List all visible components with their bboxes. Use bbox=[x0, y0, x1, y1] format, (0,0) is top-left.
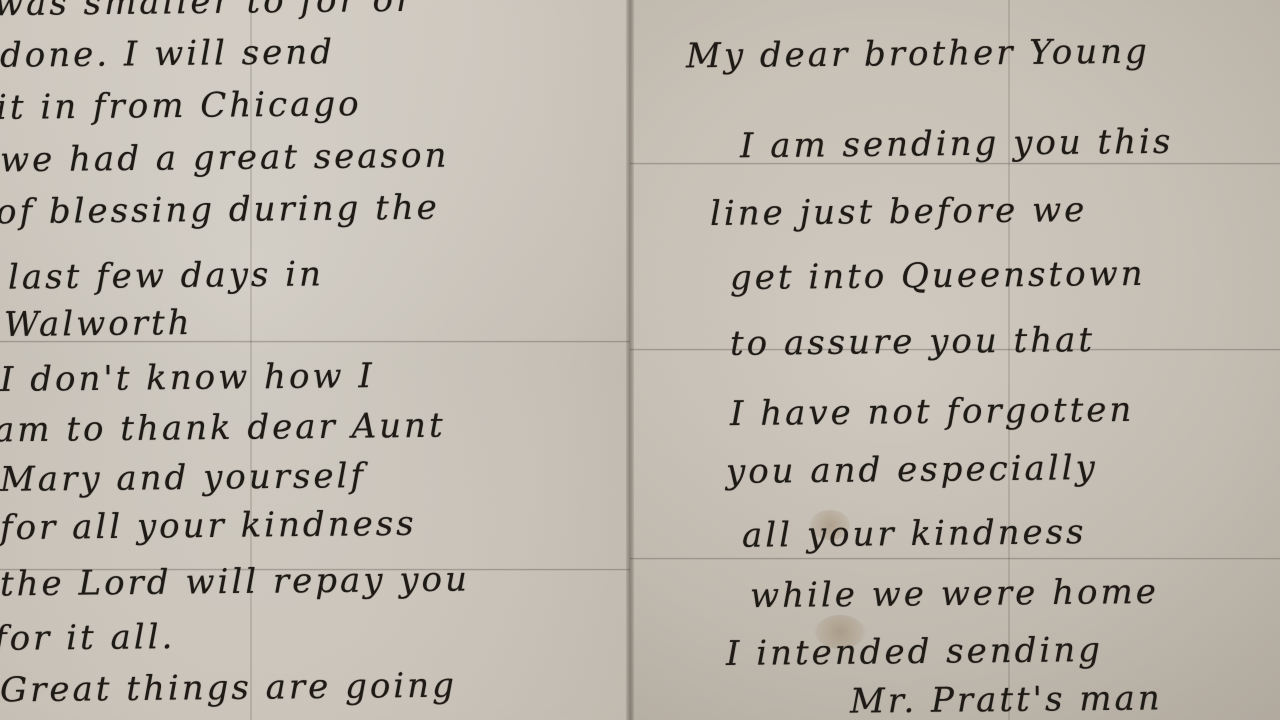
handwritten-line: was smaller to for or bbox=[0, 0, 415, 24]
handwritten-line: of blessing during the bbox=[0, 188, 440, 233]
handwritten-line: I am sending you this bbox=[740, 122, 1174, 167]
salutation: My dear brother Young bbox=[686, 32, 1150, 77]
handwritten-line: it in from Chicago bbox=[0, 84, 362, 128]
handwritten-line: I intended sending bbox=[726, 630, 1103, 674]
handwritten-line: line just before we bbox=[710, 190, 1088, 234]
page-fold-gutter bbox=[626, 0, 634, 720]
handwritten-line: for all your kindness bbox=[0, 504, 417, 548]
handwritten-line: Walworth bbox=[4, 303, 193, 345]
handwritten-line: we had a great season bbox=[0, 136, 450, 181]
handwritten-line: all your kindness bbox=[742, 512, 1087, 556]
handwritten-line: last few days in bbox=[8, 254, 324, 297]
handwritten-line: you and especially bbox=[726, 448, 1098, 492]
paper-fold-line bbox=[630, 557, 1280, 560]
handwritten-line: the Lord will repay you bbox=[0, 560, 470, 605]
letter-left-page: was smaller to for or done. I will send … bbox=[0, 0, 630, 720]
handwritten-line: while we were home bbox=[750, 572, 1159, 616]
handwritten-line: get into Queenstown bbox=[730, 254, 1146, 298]
handwritten-line: for it all. bbox=[0, 617, 176, 659]
letter-right-page: My dear brother Young I am sending you t… bbox=[630, 0, 1280, 720]
handwritten-line: Mr. Pratt's man bbox=[850, 678, 1163, 720]
handwritten-line: I have not forgotten bbox=[730, 390, 1135, 434]
handwritten-line: Great things are going bbox=[0, 666, 457, 711]
handwritten-line: done. I will send bbox=[0, 32, 335, 76]
handwritten-line: am to thank dear Aunt bbox=[0, 406, 446, 451]
handwritten-line: I don't know how I bbox=[0, 356, 375, 400]
handwritten-line: to assure you that bbox=[730, 320, 1095, 364]
handwritten-line: Mary and yourself bbox=[0, 456, 366, 500]
